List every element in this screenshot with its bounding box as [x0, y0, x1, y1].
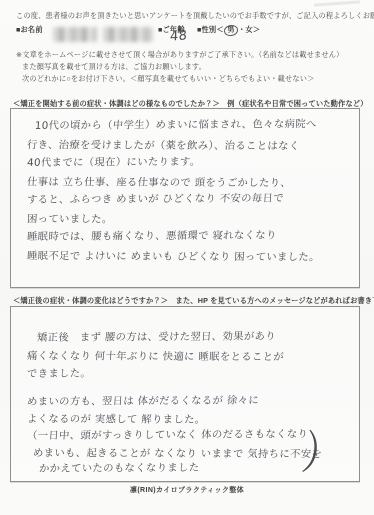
- handwritten-line: 40代までに（現在）にいたります。: [10, 152, 359, 173]
- before-section-answer-box: 10代の頃から（中学生）めまいに悩まされ、色々な病院へ 行き、治療を受けましたが…: [10, 108, 360, 288]
- after-section-answer-box: 矯正後 まず 腰の方は、受けた翌日、効果があり 痛くなくなり 何十年ぶりに 快適…: [10, 306, 360, 482]
- handwritten-line: すると、ふらつき めまいが ひどくなり 不安の毎日で: [10, 189, 359, 210]
- note-line-2: また顔写真を載せて頂ける方は、ご協力お願いします。: [22, 62, 206, 72]
- gender-option-male-circled: 男: [223, 24, 238, 36]
- survey-scan-page: この度、患者様のお声を頂きたいと思いアンケートを頂戴したいのでお手数ですが、ご記…: [0, 0, 374, 515]
- gender-field-label: ■性別: [197, 25, 216, 34]
- note-line-3: 次のどれかに○をお付け下さい。＜顔写真を載せてもいい・どちらでもよい・載せない＞: [22, 74, 315, 84]
- after-section-header: ＜矯正後の症状・体調の変化はどうですか？＞ また、HP を見ている方へのメッセー…: [13, 296, 374, 306]
- handwritten-paragraph: 矯正後 まず 腰の方は、受けた翌日、効果があり 痛くなくなり 何十年ぶりに 快適…: [11, 329, 359, 383]
- gender-bracket-close: ＞: [253, 25, 260, 34]
- handwritten-line: 矯正後 まず 腰の方は、受けた翌日、効果があり: [10, 327, 359, 347]
- scan-artifact: [314, 0, 360, 6]
- gender-field: ■性別＜男・女＞: [197, 25, 260, 36]
- handwritten-line: 睡眠不足で よけいに めまいも ひどくなり 困っていました。: [10, 247, 359, 267]
- handwritten-line: できました。: [10, 363, 359, 383]
- handwritten-paragraph: めまいの方も、翌日は 体がだるくなるが 徐々に よくなるのが 実感して 解りまし…: [11, 394, 359, 427]
- handwritten-line: めまいの方も、翌日は 体がだるくなるが 徐々に: [10, 392, 359, 411]
- redacted-name-patch: [53, 27, 97, 42]
- age-value-handwritten: 48: [170, 28, 188, 44]
- redacted-name-patch: [103, 27, 153, 42]
- gender-separator: ・: [238, 25, 245, 34]
- intro-text: この度、患者様のお声を頂きたいと思いアンケートを頂戴したいのでお手数ですが、ご記…: [16, 11, 374, 21]
- name-field-label: ■お名前: [16, 25, 43, 35]
- note-line-1: ※文章をホームページに載せさせて頂く場合がありますがご了承下さい。（名前などは載…: [16, 50, 344, 60]
- handwritten-line: 睡眠時では、腰も痛くなり、悪循環で 寝れなくなり: [10, 226, 359, 247]
- gender-option-female: 女: [246, 25, 253, 34]
- clinic-name-footer: 凛(RIN)カイロプラクティック整体: [0, 485, 374, 495]
- handwritten-line: 10代の頃から（中学生）めまいに悩まされ、色々な病院へ: [10, 108, 360, 136]
- gender-bracket-open: ＜: [216, 25, 223, 34]
